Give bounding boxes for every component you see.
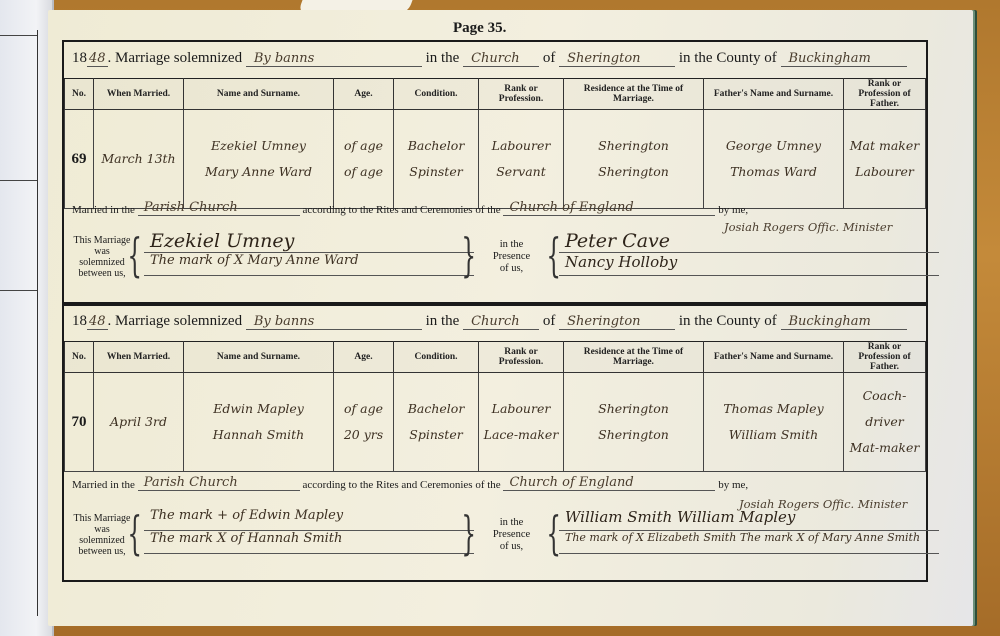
register-table: No. When Married. Name and Surname. Age.… bbox=[64, 78, 926, 209]
bride-profession: Servant bbox=[480, 159, 562, 185]
groom-name: Edwin Mapley bbox=[185, 396, 332, 422]
col-age: Age. bbox=[334, 79, 394, 110]
groom-profession: Labourer bbox=[480, 133, 562, 159]
brace-right: } bbox=[461, 510, 476, 556]
label-line: Presence bbox=[484, 251, 539, 263]
register-table: No. When Married. Name and Surname. Age.… bbox=[64, 341, 926, 472]
col-father: Father's Name and Surname. bbox=[704, 342, 844, 373]
party-signatures: Ezekiel Umney The mark of X Mary Anne Wa… bbox=[144, 230, 474, 276]
entry-number: 70 bbox=[65, 373, 94, 472]
bride-father: William Smith bbox=[705, 422, 842, 448]
groom-father-profession: Coach-driver bbox=[845, 383, 924, 435]
label-line: in the bbox=[484, 517, 539, 529]
col-residence: Residence at the Time of Marriage. bbox=[564, 79, 704, 110]
label-line: of us, bbox=[484, 263, 539, 275]
church-type: Church bbox=[463, 51, 539, 67]
col-no: No. bbox=[65, 342, 94, 373]
label-line: between us, bbox=[72, 546, 132, 557]
label-of: of bbox=[764, 50, 777, 66]
rites: Church of England bbox=[503, 475, 715, 491]
col-father-rank: Rank or Profession of Father. bbox=[844, 79, 926, 110]
groom-age: of age bbox=[335, 133, 392, 159]
label-according: according to the Rites and Ceremonies of… bbox=[302, 479, 500, 491]
professions-cell: LabourerServant bbox=[479, 110, 564, 209]
label-line: in the bbox=[484, 239, 539, 251]
marriage-date: March 13th bbox=[94, 110, 184, 209]
bride-father: Thomas Ward bbox=[705, 159, 842, 185]
groom-residence: Sherington bbox=[565, 396, 702, 422]
label-by-me: by me, bbox=[718, 479, 748, 491]
marriage-entry-69: 1848. Marriage solemnized By banns in th… bbox=[62, 40, 928, 306]
col-residence: Residence at the Time of Marriage. bbox=[564, 342, 704, 373]
bride-residence: Sherington bbox=[565, 422, 702, 448]
married-in-line: Married in the Parish Church according t… bbox=[72, 475, 748, 491]
bride-residence: Sherington bbox=[565, 159, 702, 185]
label-line: of us, bbox=[484, 541, 539, 553]
parish: Sherington bbox=[559, 314, 675, 330]
page-number: Page 35. bbox=[453, 20, 506, 37]
label-of: of bbox=[764, 313, 777, 329]
left-page-rule bbox=[0, 290, 38, 291]
groom-profession: Labourer bbox=[480, 396, 562, 422]
bride-name: Hannah Smith bbox=[185, 422, 332, 448]
col-rank: Rank or Profession. bbox=[479, 79, 564, 110]
label-county: in the County bbox=[679, 313, 761, 329]
year-suffix: 48 bbox=[87, 51, 108, 67]
conditions-cell: BachelorSpinster bbox=[394, 110, 479, 209]
col-name: Name and Surname. bbox=[184, 79, 334, 110]
label-line: This Marriage bbox=[72, 235, 132, 246]
col-condition: Condition. bbox=[394, 342, 479, 373]
label-line: Presence bbox=[484, 529, 539, 541]
table-row: 70 April 3rd Edwin MapleyHannah Smith of… bbox=[65, 373, 926, 472]
col-age: Age. bbox=[334, 342, 394, 373]
conditions-cell: BachelorSpinster bbox=[394, 373, 479, 472]
witness-2: Nancy Holloby bbox=[559, 253, 939, 276]
label-solemnized: Marriage solemnized bbox=[115, 50, 242, 66]
label-line: was bbox=[72, 246, 132, 257]
col-when: When Married. bbox=[94, 79, 184, 110]
married-in-place: Parish Church bbox=[138, 200, 300, 216]
party-signatures: The mark + of Edwin Mapley The mark X of… bbox=[144, 508, 474, 554]
bride-condition: Spinster bbox=[395, 422, 477, 448]
residences-cell: SheringtonSherington bbox=[564, 110, 704, 209]
fathers-cell: George UmneyThomas Ward bbox=[704, 110, 844, 209]
label-married-in: Married in the bbox=[72, 479, 135, 491]
rites: Church of England bbox=[503, 200, 715, 216]
entry-number: 69 bbox=[65, 110, 94, 209]
residences-cell: SheringtonSherington bbox=[564, 373, 704, 472]
parish: Sherington bbox=[559, 51, 675, 67]
professions-cell: LabourerLace-maker bbox=[479, 373, 564, 472]
col-name: Name and Surname. bbox=[184, 342, 334, 373]
label-line: between us, bbox=[72, 268, 132, 279]
brace-left: { bbox=[127, 510, 142, 556]
year-prefix: 18 bbox=[72, 50, 87, 66]
label-solemnized: Marriage solemnized bbox=[115, 313, 242, 329]
table-header-row: No. When Married. Name and Surname. Age.… bbox=[65, 342, 926, 373]
groom-residence: Sherington bbox=[565, 133, 702, 159]
label-line: This Marriage bbox=[72, 513, 132, 524]
witness-signatures: William Smith William Mapley The mark of… bbox=[559, 508, 939, 554]
groom-signature: Ezekiel Umney bbox=[144, 230, 474, 253]
label-married-in: Married in the bbox=[72, 204, 135, 216]
groom-age: of age bbox=[335, 396, 392, 422]
left-page-rule bbox=[0, 35, 38, 36]
ages-cell: of age20 yrs bbox=[334, 373, 394, 472]
label-of: of bbox=[543, 313, 556, 329]
names-cell: Ezekiel UmneyMary Anne Ward bbox=[184, 110, 334, 209]
married-in-place: Parish Church bbox=[138, 475, 300, 491]
left-page-border bbox=[37, 30, 38, 616]
col-rank: Rank or Profession. bbox=[479, 342, 564, 373]
married-in-line: Married in the Parish Church according t… bbox=[72, 200, 748, 216]
groom-father: Thomas Mapley bbox=[705, 396, 842, 422]
label-of: of bbox=[543, 50, 556, 66]
solemnized-between-label: This Marriage was solemnized between us, bbox=[72, 235, 132, 279]
entry-header: 1848. Marriage solemnized By banns in th… bbox=[72, 50, 907, 67]
presence-label: in the Presence of us, bbox=[484, 517, 539, 553]
groom-name: Ezekiel Umney bbox=[185, 133, 332, 159]
left-page-rule bbox=[0, 180, 38, 181]
label-by-me: by me, bbox=[718, 204, 748, 216]
label-line: was bbox=[72, 524, 132, 535]
bride-father-profession: Labourer bbox=[845, 159, 924, 185]
label-in-the: in the bbox=[426, 313, 460, 329]
county: Buckingham bbox=[781, 314, 907, 330]
presence-label: in the Presence of us, bbox=[484, 239, 539, 275]
table-header-row: No. When Married. Name and Surname. Age.… bbox=[65, 79, 926, 110]
brace-right: } bbox=[461, 232, 476, 278]
col-condition: Condition. bbox=[394, 79, 479, 110]
col-father: Father's Name and Surname. bbox=[704, 79, 844, 110]
bride-signature: The mark of X Mary Anne Ward bbox=[144, 253, 474, 276]
bride-condition: Spinster bbox=[395, 159, 477, 185]
groom-condition: Bachelor bbox=[395, 133, 477, 159]
church-type: Church bbox=[463, 314, 539, 330]
bride-father-profession: Mat-maker bbox=[845, 435, 924, 461]
witness-2: The mark of X Elizabeth Smith The mark X… bbox=[559, 531, 939, 554]
bride-name: Mary Anne Ward bbox=[185, 159, 332, 185]
groom-father: George Umney bbox=[705, 133, 842, 159]
label-according: according to the Rites and Ceremonies of… bbox=[302, 204, 500, 216]
bride-profession: Lace-maker bbox=[480, 422, 562, 448]
bride-age: of age bbox=[335, 159, 392, 185]
col-no: No. bbox=[65, 79, 94, 110]
marriage-entry-70: 1848. Marriage solemnized By banns in th… bbox=[62, 302, 928, 582]
year-suffix: 48 bbox=[87, 314, 108, 330]
witness-signatures: Peter Cave Nancy Holloby bbox=[559, 230, 939, 276]
solemnized-by: By banns bbox=[246, 51, 422, 67]
brace-left: { bbox=[127, 232, 142, 278]
county: Buckingham bbox=[781, 51, 907, 67]
fathers-cell: Thomas MapleyWilliam Smith bbox=[704, 373, 844, 472]
groom-signature: The mark + of Edwin Mapley bbox=[144, 508, 474, 531]
year-prefix: 18 bbox=[72, 313, 87, 329]
label-county: in the County bbox=[679, 50, 761, 66]
entry-header: 1848. Marriage solemnized By banns in th… bbox=[72, 313, 907, 330]
solemnized-between-label: This Marriage was solemnized between us, bbox=[72, 513, 132, 557]
facing-left-page bbox=[0, 0, 54, 636]
witness-1: William Smith William Mapley bbox=[559, 508, 939, 531]
father-professions-cell: Mat makerLabourer bbox=[844, 110, 926, 209]
father-professions-cell: Coach-driverMat-maker bbox=[844, 373, 926, 472]
ages-cell: of ageof age bbox=[334, 110, 394, 209]
label-line: solemnized bbox=[72, 535, 132, 546]
register-page: Page 35. 1848. Marriage solemnized By ba… bbox=[48, 10, 973, 626]
col-father-rank: Rank or Profession of Father. bbox=[844, 342, 926, 373]
groom-father-profession: Mat maker bbox=[845, 133, 924, 159]
names-cell: Edwin MapleyHannah Smith bbox=[184, 373, 334, 472]
witness-1: Peter Cave bbox=[559, 230, 939, 253]
marriage-date: April 3rd bbox=[94, 373, 184, 472]
table-row: 69 March 13th Ezekiel UmneyMary Anne War… bbox=[65, 110, 926, 209]
groom-condition: Bachelor bbox=[395, 396, 477, 422]
label-in-the: in the bbox=[426, 50, 460, 66]
label-line: solemnized bbox=[72, 257, 132, 268]
solemnized-by: By banns bbox=[246, 314, 422, 330]
bride-age: 20 yrs bbox=[335, 422, 392, 448]
bride-signature: The mark X of Hannah Smith bbox=[144, 531, 474, 554]
col-when: When Married. bbox=[94, 342, 184, 373]
